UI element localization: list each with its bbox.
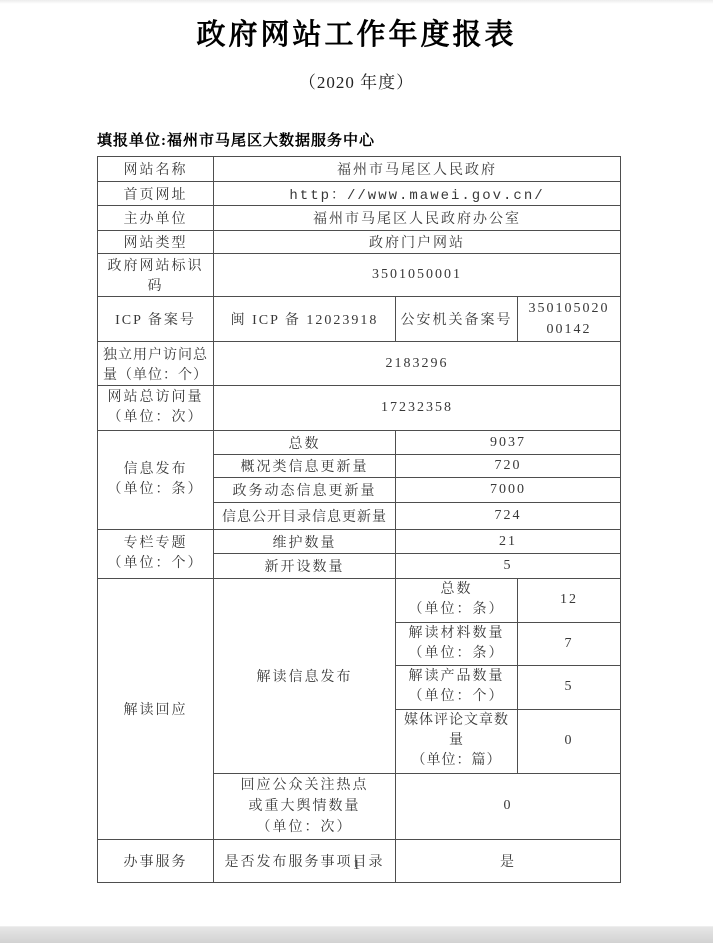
columns-row-label: 新开设数量 [214,554,396,579]
columns-row-value: 21 [396,530,621,554]
icp-label: ICP 备案号 [98,297,214,342]
info-publish-row-value: 724 [396,503,621,530]
total-visits-unit-text: （单位：次） [101,408,210,428]
organizer-value: 福州市马尾区人民政府办公室 [214,206,621,231]
interpret-row-unit-text: （单位：篇） [399,751,514,771]
site-name-label: 网站名称 [98,157,214,182]
info-publish-row-label: 概况类信息更新量 [214,455,396,478]
info-publish-row-value: 720 [396,455,621,478]
police-record-label: 公安机关备案号 [396,297,518,342]
interpret-row-label-text: 解读材料数量 [399,624,514,644]
annual-report-table: 网站名称 福州市马尾区人民政府 首页网址 http：//www.mawei.go… [97,156,621,883]
interpret-row-value: 12 [518,579,621,623]
report-year: （2020 年度） [0,68,713,93]
table-row: 政府网站标识码 3501050001 [98,254,621,297]
info-publish-row-label: 信息公开目录信息更新量 [214,503,396,530]
interpret-row-value: 7 [518,622,621,666]
columns-row-label: 维护数量 [214,530,396,554]
unique-visitors-label: 独立用户访问总量（单位：个） [98,342,214,386]
info-publish-row-label: 总数 [214,431,396,455]
response-label: 回应公众关注热点或重大舆情数量（单位：次） [214,773,396,839]
report-unit-line: 填报单位:福州市马尾区大数据服务中心 [97,129,375,150]
response-value: 0 [396,773,621,839]
response-label-text: 回应公众关注热点或重大舆情数量（单位：次） [234,775,376,838]
info-publish-label-text: 信息发布 [101,460,210,480]
interpret-row-value: 5 [518,666,621,710]
page-number: 1 [0,857,713,874]
table-row: 解读回应 解读信息发布 总数 （单位：条） 12 [98,579,621,623]
home-url-label: 首页网址 [98,182,214,206]
police-record-value: 35010502000142 [518,297,621,342]
table-row: 首页网址 http：//www.mawei.gov.cn/ [98,182,621,206]
site-code-label: 政府网站标识码 [98,254,214,297]
interpret-row-unit-text: （单位：条） [399,600,514,620]
interpret-row-label-text: 总数 [399,580,514,600]
interpret-row-label: 总数 （单位：条） [396,579,518,623]
total-visits-value: 17232358 [214,386,621,431]
page-title: 政府网站工作年度报表 [0,12,713,53]
site-type-label: 网站类型 [98,231,214,254]
info-publish-row-value: 9037 [396,431,621,455]
page-bottom-edge [0,926,713,943]
info-publish-section-label: 信息发布 （单位：条） [98,431,214,530]
interpret-publish-label: 解读信息发布 [214,579,396,774]
site-type-value: 政府门户网站 [214,231,621,254]
interpret-row-label: 解读产品数量 （单位：个） [396,666,518,710]
interpret-row-label-text: 媒体评论文章数量 [399,711,514,752]
table-row: 网站总访问量 （单位：次） 17232358 [98,386,621,431]
table-row: 独立用户访问总量（单位：个） 2183296 [98,342,621,386]
table-row: ICP 备案号 闽 ICP 备 12023918 公安机关备案号 3501050… [98,297,621,342]
interpret-section-label: 解读回应 [98,579,214,840]
unique-visitors-value: 2183296 [214,342,621,386]
total-visits-label-text: 网站总访问量 [101,388,210,408]
page-top-edge [0,0,713,4]
interpret-row-unit-text: （单位：个） [399,687,514,707]
interpret-row-label: 解读材料数量 （单位：条） [396,622,518,666]
icp-value: 闽 ICP 备 12023918 [214,297,396,342]
home-url-value: http：//www.mawei.gov.cn/ [214,182,621,206]
columns-unit-text: （单位：个） [101,554,210,574]
table-row: 网站类型 政府门户网站 [98,231,621,254]
site-code-value: 3501050001 [214,254,621,297]
interpret-row-label: 媒体评论文章数量 （单位：篇） [396,709,518,773]
organizer-label: 主办单位 [98,206,214,231]
table-row: 网站名称 福州市马尾区人民政府 [98,157,621,182]
info-publish-row-value: 7000 [396,478,621,503]
columns-row-value: 5 [396,554,621,579]
info-publish-row-label: 政务动态信息更新量 [214,478,396,503]
columns-label-text: 专栏专题 [101,534,210,554]
site-name-value: 福州市马尾区人民政府 [214,157,621,182]
interpret-row-label-text: 解读产品数量 [399,667,514,687]
table-row: 信息发布 （单位：条） 总数 9037 [98,431,621,455]
table-row: 专栏专题 （单位：个） 维护数量 21 [98,530,621,554]
info-publish-unit-text: （单位：条） [101,480,210,500]
total-visits-label: 网站总访问量 （单位：次） [98,386,214,431]
police-record-number: 35010502000142 [525,298,613,340]
interpret-row-value: 0 [518,709,621,773]
interpret-row-unit-text: （单位：条） [399,644,514,664]
table-row: 主办单位 福州市马尾区人民政府办公室 [98,206,621,231]
columns-section-label: 专栏专题 （单位：个） [98,530,214,579]
